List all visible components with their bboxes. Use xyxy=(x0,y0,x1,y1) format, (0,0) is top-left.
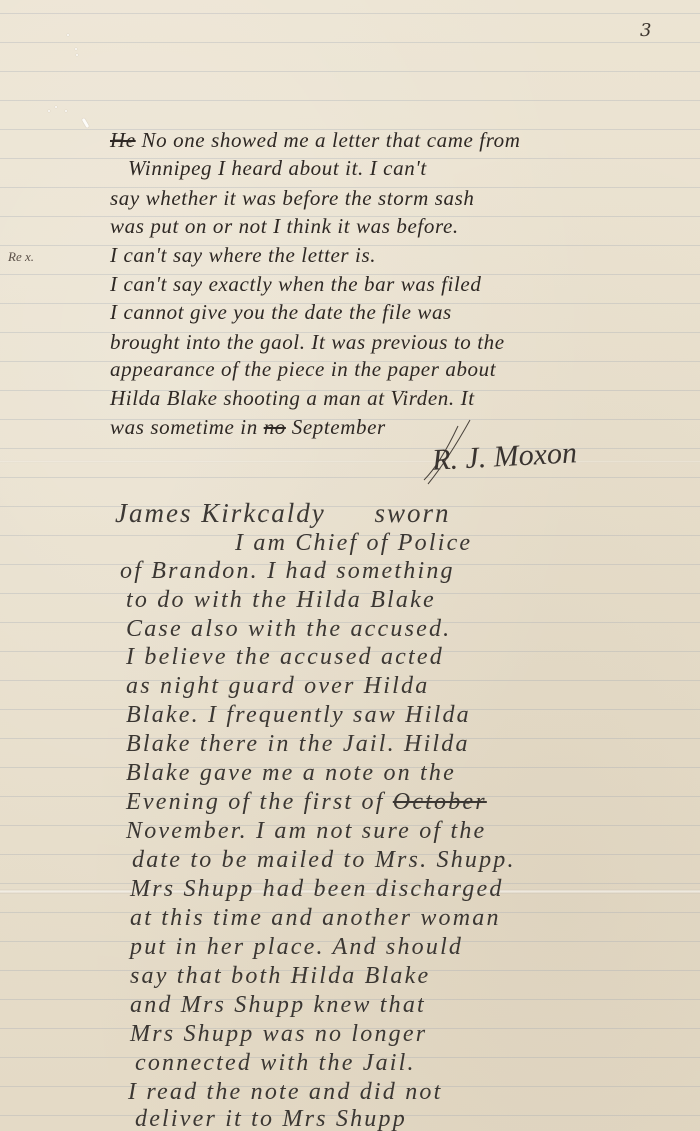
document-page: 3 He No one showed me a letter that came… xyxy=(0,0,700,1131)
struck-text: no xyxy=(264,415,286,439)
line-text: September xyxy=(292,415,386,439)
text-line: appearance of the piece in the paper abo… xyxy=(110,357,496,382)
text-line: and Mrs Shupp knew that xyxy=(130,992,426,1019)
text-line: Case also with the accused. xyxy=(126,616,451,643)
page-number: 3 xyxy=(640,20,651,41)
line-text: No one showed me a letter that came from xyxy=(142,128,521,152)
text-line: I can't say exactly when the bar was fil… xyxy=(110,272,481,297)
text-line: at this time and another woman xyxy=(130,905,501,932)
text-line: was sometime in no September xyxy=(110,415,386,440)
text-line: I cannot give you the date the file was xyxy=(110,300,452,325)
text-line: say that both Hilda Blake xyxy=(130,963,430,990)
text-line: I am Chief of Police xyxy=(235,530,472,557)
witness-status: sworn xyxy=(374,498,450,528)
text-line: Blake gave me a note on the xyxy=(126,760,456,787)
witness-name: James Kirkcaldy xyxy=(115,498,326,528)
signature: R. J. Moxon xyxy=(431,436,578,478)
text-line: to do with the Hilda Blake xyxy=(126,587,436,614)
text-line: He No one showed me a letter that came f… xyxy=(110,128,521,153)
text-line: I believe the accused acted xyxy=(126,644,444,671)
text-line: Evening of the first of October xyxy=(126,789,487,816)
line-text: Evening of the first of xyxy=(126,789,385,815)
text-line: Hilda Blake shooting a man at Virden. It xyxy=(110,386,475,411)
text-line: was put on or not I think it was before. xyxy=(110,214,459,239)
struck-text: October xyxy=(393,789,487,815)
text-line: as night guard over Hilda xyxy=(126,673,429,700)
text-line: date to be mailed to Mrs. Shupp. xyxy=(132,847,516,874)
text-line: Winnipeg I heard about it. I can't xyxy=(128,156,427,181)
text-line: put in her place. And should xyxy=(130,934,463,961)
text-line: Blake. I frequently saw Hilda xyxy=(126,702,471,729)
witness-heading: James Kirkcaldy sworn xyxy=(115,498,450,529)
text-line: brought into the gaol. It was previous t… xyxy=(110,330,505,355)
text-line: connected with the Jail. xyxy=(135,1050,416,1077)
text-line: November. I am not sure of the xyxy=(126,818,486,845)
text-line: I read the note and did not xyxy=(128,1079,442,1106)
text-line: I can't say where the letter is. xyxy=(110,243,376,268)
text-line: Blake there in the Jail. Hilda xyxy=(126,731,470,758)
line-text: was sometime in xyxy=(110,415,258,439)
text-line: of Brandon. I had something xyxy=(120,558,455,585)
text-line: deliver it to Mrs Shupp xyxy=(135,1106,407,1131)
paper-fold-upper xyxy=(0,460,700,463)
margin-note: Re x. xyxy=(8,249,34,265)
text-line: Mrs Shupp had been discharged xyxy=(130,876,504,903)
text-line: say whether it was before the storm sash xyxy=(110,186,474,211)
struck-text: He xyxy=(110,128,136,152)
text-line: Mrs Shupp was no longer xyxy=(130,1021,427,1048)
